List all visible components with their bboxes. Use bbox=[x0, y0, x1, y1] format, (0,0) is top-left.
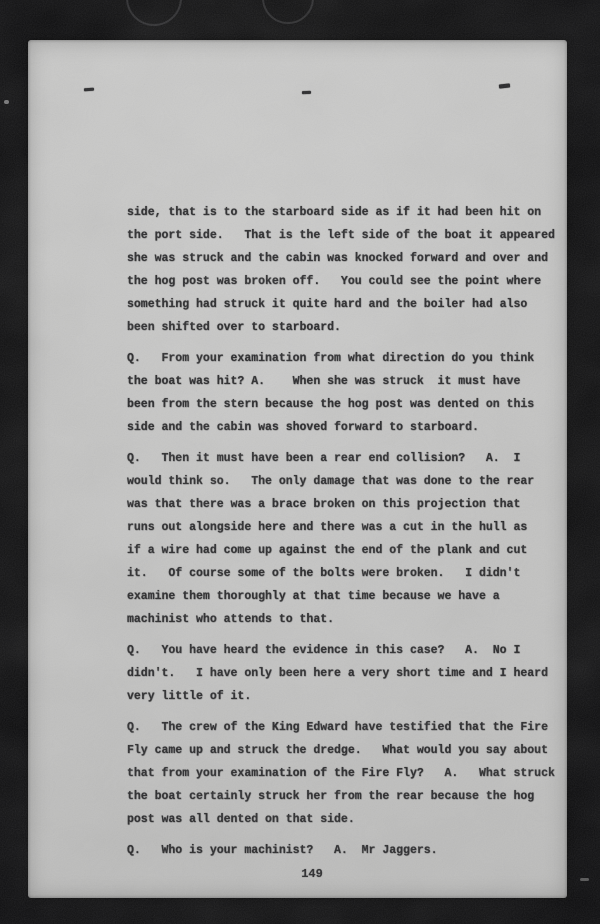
text-line: the boat certainly struck her from the r… bbox=[127, 785, 561, 808]
text-line: the port side. That is the left side of … bbox=[127, 224, 561, 247]
text-line: didn't. I have only been here a very sho… bbox=[127, 662, 561, 685]
text-line: it. Of course some of the bolts were bro… bbox=[127, 562, 561, 585]
text-line: Q. From your examination from what direc… bbox=[127, 347, 561, 370]
scan-speck bbox=[4, 100, 9, 104]
scan-speck bbox=[580, 878, 589, 881]
text-line: been from the stern because the hog post… bbox=[127, 393, 561, 416]
binder-ring-arc-icon bbox=[126, 0, 182, 26]
text-line: the boat was hit? A. When she was struck… bbox=[127, 370, 561, 393]
text-line: Q. You have heard the evidence in this c… bbox=[127, 639, 561, 662]
text-line: Q. Who is your machinist? A. Mr Jaggers. bbox=[127, 839, 561, 862]
ink-mark bbox=[302, 91, 311, 94]
text-line: side and the cabin was shoved forward to… bbox=[127, 416, 561, 439]
text-line: Q. The crew of the King Edward have test… bbox=[127, 716, 561, 739]
paragraph: Q. The crew of the King Edward have test… bbox=[127, 716, 561, 831]
document-page: side, that is to the starboard side as i… bbox=[28, 40, 567, 898]
text-line: machinist who attends to that. bbox=[127, 608, 561, 631]
text-line: would think so. The only damage that was… bbox=[127, 470, 561, 493]
text-line: something had struck it quite hard and t… bbox=[127, 293, 561, 316]
page-number: 149 bbox=[212, 866, 412, 882]
ink-mark bbox=[84, 88, 94, 92]
text-line: been shifted over to starboard. bbox=[127, 316, 561, 339]
text-line: the hog post was broken off. You could s… bbox=[127, 270, 561, 293]
paragraph: Q. Who is your machinist? A. Mr Jaggers. bbox=[127, 839, 561, 862]
text-line: was that there was a brace broken on thi… bbox=[127, 493, 561, 516]
text-line: examine them thoroughly at that time bec… bbox=[127, 585, 561, 608]
ink-mark bbox=[499, 83, 510, 88]
text-line: Q. Then it must have been a rear end col… bbox=[127, 447, 561, 470]
text-line: Fly came up and struck the dredge. What … bbox=[127, 739, 561, 762]
text-line: very little of it. bbox=[127, 685, 561, 708]
paragraph: Q. Then it must have been a rear end col… bbox=[127, 447, 561, 631]
binder-ring-arc-icon bbox=[262, 0, 314, 24]
text-line: that from your examination of the Fire F… bbox=[127, 762, 561, 785]
paragraph: Q. From your examination from what direc… bbox=[127, 347, 561, 439]
paragraph: Q. You have heard the evidence in this c… bbox=[127, 639, 561, 708]
scanned-document: side, that is to the starboard side as i… bbox=[0, 0, 600, 924]
text-line: if a wire had come up against the end of… bbox=[127, 539, 561, 562]
paragraph: side, that is to the starboard side as i… bbox=[127, 201, 561, 339]
text-line: side, that is to the starboard side as i… bbox=[127, 201, 561, 224]
text-line: she was struck and the cabin was knocked… bbox=[127, 247, 561, 270]
text-line: post was all dented on that side. bbox=[127, 808, 561, 831]
page-text: side, that is to the starboard side as i… bbox=[127, 201, 561, 870]
text-line: runs out alongside here and there was a … bbox=[127, 516, 561, 539]
